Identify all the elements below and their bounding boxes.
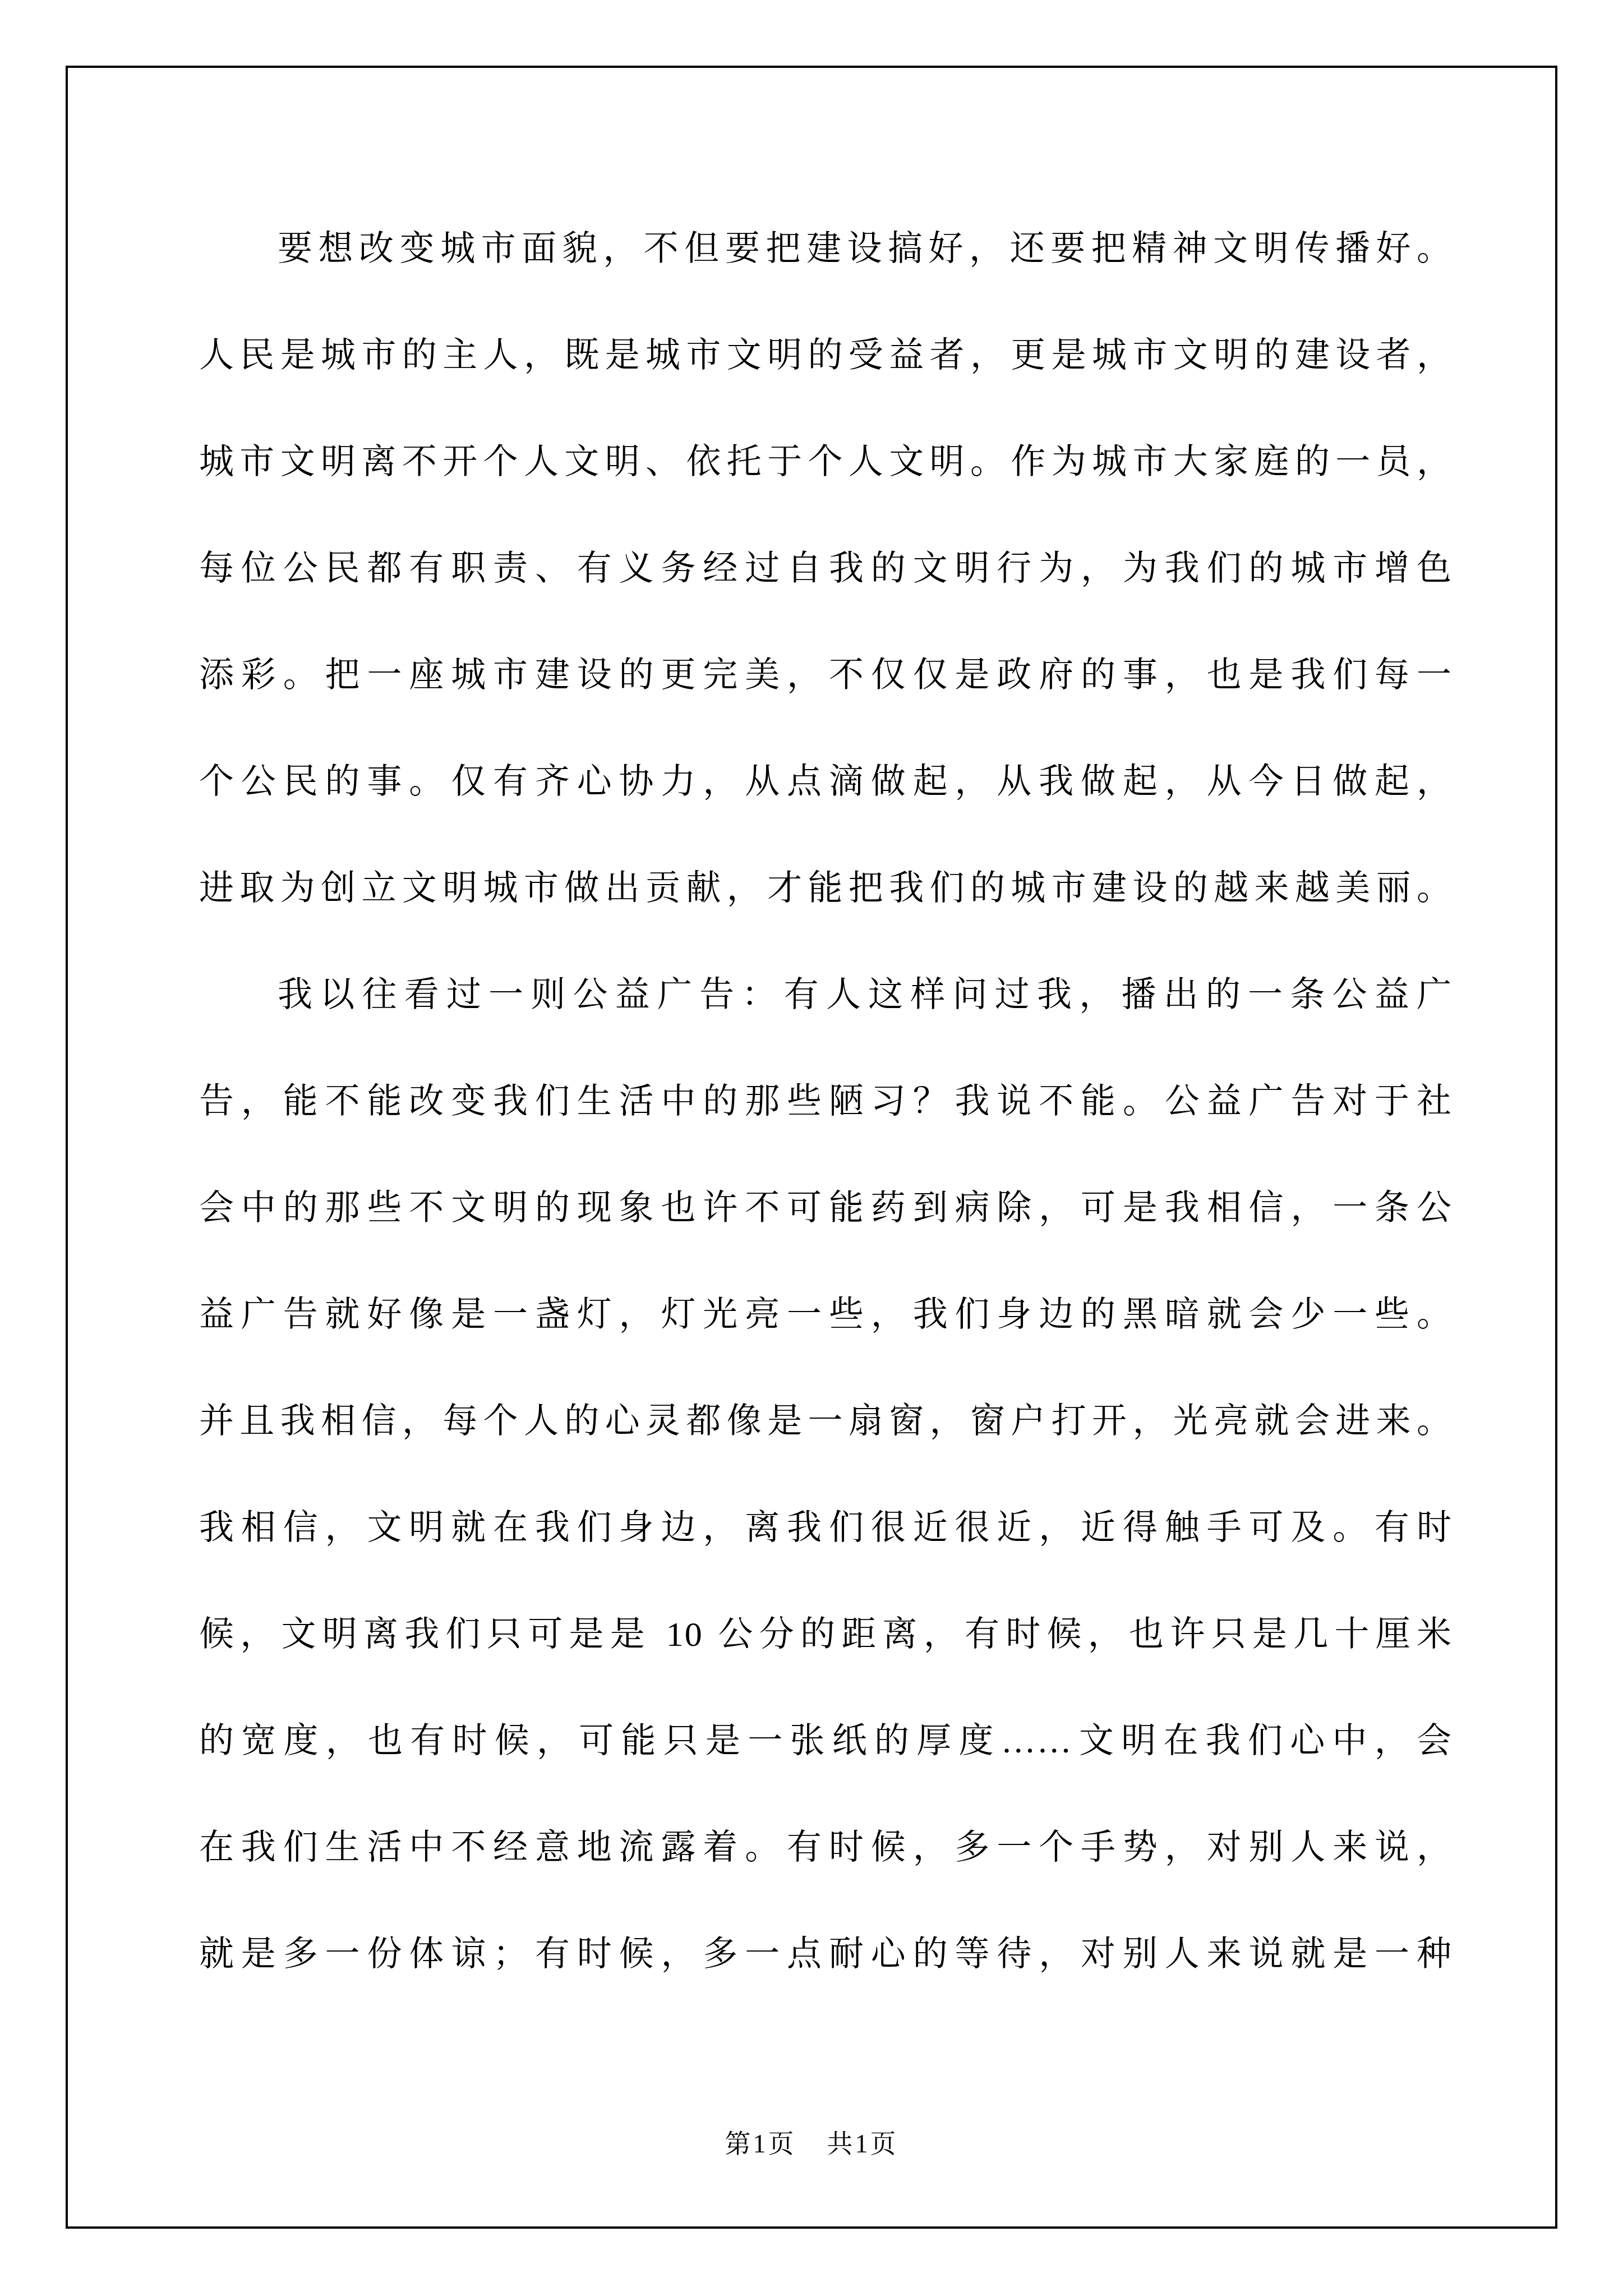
footer-page-count: 共1页	[827, 2122, 898, 2166]
text-line: 我以往看过一则公益广告：有人这样问过我，播出的一条公益广	[199, 942, 1453, 1048]
footer-page-number: 第1页	[725, 2122, 796, 2166]
text-line: 在我们生活中不经意地流露着。有时候，多一个手势，对别人来说，	[199, 1795, 1453, 1901]
document-body: 要想改变城市面貌，不但要把建设搞好，还要把精神文明传播好。人民是城市的主人，既是…	[199, 196, 1453, 2008]
text-line: 人民是城市的主人，既是城市文明的受益者，更是城市文明的建设者，	[199, 302, 1453, 409]
text-line: 益广告就好像是一盏灯，灯光亮一些，我们身边的黑暗就会少一些。	[199, 1262, 1453, 1368]
page: { "page": { "background": "#ffffff", "bo…	[0, 0, 1623, 2296]
text-line: 添彩。把一座城市建设的更完美，不仅仅是政府的事，也是我们每一	[199, 622, 1453, 729]
text-line: 每位公民都有职责、有义务经过自我的文明行为，为我们的城市增色	[199, 516, 1453, 622]
text-line: 会中的那些不文明的现象也许不可能药到病除，可是我相信，一条公	[199, 1155, 1453, 1262]
text-line: 要想改变城市面貌，不但要把建设搞好，还要把精神文明传播好。	[199, 196, 1453, 302]
text-line: 我相信，文明就在我们身边，离我们很近很近，近得触手可及。有时	[199, 1475, 1453, 1581]
text-line: 并且我相信，每个人的心灵都像是一扇窗，窗户打开，光亮就会进来。	[199, 1368, 1453, 1475]
page-footer: 第1页 共1页	[0, 2122, 1623, 2166]
text-line: 城市文明离不开个人文明、依托于个人文明。作为城市大家庭的一员，	[199, 409, 1453, 516]
text-line: 候，文明离我们只可是是 10 公分的距离，有时候，也许只是几十厘米	[199, 1581, 1453, 1688]
text-line: 个公民的事。仅有齐心协力，从点滴做起，从我做起，从今日做起，	[199, 729, 1453, 835]
text-line: 就是多一份体谅；有时候，多一点耐心的等待，对别人来说就是一种	[199, 1901, 1453, 2008]
text-line: 进取为创立文明城市做出贡献，才能把我们的城市建设的越来越美丽。	[199, 835, 1453, 942]
text-line: 的宽度，也有时候，可能只是一张纸的厚度……文明在我们心中，会	[199, 1688, 1453, 1795]
text-line: 告，能不能改变我们生活中的那些陋习？我说不能。公益广告对于社	[199, 1048, 1453, 1155]
